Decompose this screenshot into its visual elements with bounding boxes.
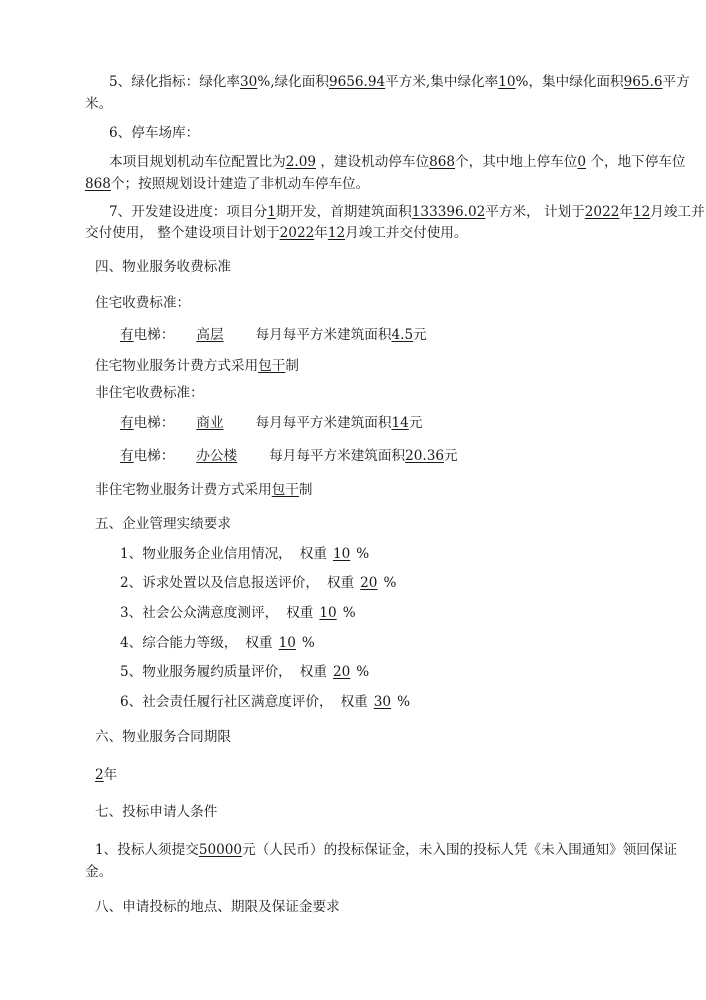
- overall-completion-month: 12: [328, 225, 345, 241]
- section-5-title: 五、企业管理实绩要求: [95, 515, 231, 533]
- parking-underground: 868: [85, 176, 111, 192]
- progress-line-2: 交付使用， 整个建设项目计划于2022年12月竣工并交付使用。: [85, 224, 468, 242]
- parking-total: 868: [429, 154, 455, 170]
- criterion-text: 2、诉求处置以及信息报送评价，: [120, 575, 319, 591]
- list-item: 6、社会责任履行社区满意度评价，权重30%: [120, 693, 410, 711]
- criterion-text: 6、社会责任履行社区满意度评价，: [120, 694, 333, 710]
- text: 权重: [245, 635, 272, 651]
- residential-label: 住宅收费标准：: [95, 294, 190, 312]
- text: %: [343, 605, 356, 621]
- first-phase-area: 133396.02: [412, 204, 486, 220]
- completion-year: 2022: [585, 204, 620, 220]
- text: %: [356, 546, 369, 562]
- text: 个，其中地上停车位: [455, 154, 577, 170]
- text: %: [383, 575, 396, 591]
- list-item: 2、诉求处置以及信息报送评价，权重20%: [120, 574, 396, 592]
- criterion-text: 3、社会公众满意度测评，: [120, 605, 278, 621]
- text: %: [302, 635, 315, 651]
- text: 制: [285, 358, 299, 374]
- text: 7、开发建设进度：项目分: [109, 204, 267, 220]
- text: 年: [104, 767, 118, 783]
- text: 个，地下停车位: [586, 154, 685, 170]
- deposit-line-1: 1、投标人须提交50000元（人民币）的投标保证金，未入围的投标人凭《未入围通知…: [95, 841, 677, 859]
- greening-line-1: 5、绿化指标：绿化率30%,绿化面积9656.94平方米,集中绿化率10%，集中…: [109, 73, 690, 91]
- greening-rate: 30: [240, 74, 257, 90]
- section-4-title: 四、物业服务收费标准: [95, 258, 231, 276]
- section-8-title: 八、申请投标的地点、期限及保证金要求: [95, 898, 340, 916]
- text: 权重: [300, 546, 327, 562]
- criterion-text: 5、物业服务履约质量评价，: [120, 664, 292, 680]
- overall-completion-year: 2022: [280, 225, 315, 241]
- text: 交付使用， 整个建设项目计划于: [85, 225, 280, 241]
- nonresidential-label: 非住宅收费标准：: [95, 384, 204, 402]
- text: 权重: [300, 664, 327, 680]
- text: 平方: [663, 74, 690, 90]
- text: 权重: [341, 694, 368, 710]
- deposit-amount: 50000: [199, 842, 242, 858]
- central-greening-rate: 10: [498, 74, 515, 90]
- list-item: 3、社会公众满意度测评，权重10%: [120, 604, 356, 622]
- text: %: [397, 694, 410, 710]
- text: 权重: [286, 605, 313, 621]
- text: 每月每平方米建筑面积: [256, 327, 392, 343]
- criterion-weight: 30: [374, 694, 391, 710]
- building-type: 高层: [196, 327, 223, 343]
- greening-line-2: 米。: [85, 95, 112, 113]
- text: 月竣工并交付使用。: [345, 225, 467, 241]
- text: 每月每平方米建筑面积: [256, 415, 392, 431]
- criterion-text: 4、综合能力等级，: [120, 635, 237, 651]
- text: 元: [409, 415, 423, 431]
- text: 年: [619, 204, 633, 220]
- text: 本项目规划机动车位配置比为: [109, 154, 286, 170]
- parking-line-1: 本项目规划机动车位配置比为2.09 ，建设机动停车位868个，其中地上停车位0 …: [109, 153, 686, 171]
- text: 元: [413, 327, 427, 343]
- contract-years: 2: [95, 767, 104, 783]
- greening-area: 9656.94: [329, 74, 385, 90]
- elevator-mark: 有: [120, 327, 134, 343]
- building-type: 商业: [196, 415, 223, 431]
- fee-price: 4.5: [392, 327, 414, 343]
- criterion-weight: 20: [333, 664, 350, 680]
- nonresidential-fee-row: 有电梯：办公楼每月每平方米建筑面积20.36元: [120, 447, 458, 465]
- text: %,绿化面积: [257, 74, 329, 90]
- text: 月竣工并: [650, 204, 704, 220]
- text: %，集中绿化面积: [516, 74, 624, 90]
- text: 每月每平方米建筑面积: [269, 448, 405, 464]
- section-6-title: 六、物业服务合同期限: [95, 728, 231, 746]
- residential-method: 住宅物业服务计费方式采用包干制: [95, 357, 299, 375]
- criterion-text: 1、物业服务企业信用情况，: [120, 546, 292, 562]
- phase-count: 1: [267, 204, 276, 220]
- nonresidential-fee-row: 有电梯：商业每月每平方米建筑面积14元: [120, 414, 422, 432]
- contract-term: 2年: [95, 766, 117, 784]
- text: 电梯：: [134, 448, 175, 464]
- completion-month: 12: [633, 204, 650, 220]
- parking-line-2: 868个；按照规划设计建造了非机动车停车位。: [85, 175, 369, 193]
- parking-ratio: 2.09: [286, 154, 316, 170]
- elevator-mark: 有: [120, 415, 134, 431]
- text: 平方米,集中绿化率: [385, 74, 498, 90]
- text: 元（人民币）的投标保证金，未入围的投标人凭《未入围通知》领回保证: [242, 842, 677, 858]
- central-greening-area: 965.6: [624, 74, 663, 90]
- billing-method: 包干: [272, 482, 299, 498]
- text: 非住宅物业服务计费方式采用: [95, 482, 272, 498]
- text: 期开发，首期建筑面积: [276, 204, 412, 220]
- parking-heading: 6、停车场库：: [109, 124, 199, 142]
- criterion-weight: 10: [319, 605, 336, 621]
- deposit-line-2: 金。: [85, 863, 112, 881]
- parking-above-ground: 0: [577, 154, 586, 170]
- text: 元: [444, 448, 458, 464]
- list-item: 4、综合能力等级，权重10%: [120, 634, 315, 652]
- text: 制: [299, 482, 313, 498]
- text: 电梯：: [134, 327, 175, 343]
- text: 电梯：: [134, 415, 175, 431]
- building-type: 办公楼: [196, 448, 237, 464]
- criterion-weight: 10: [279, 635, 296, 651]
- text: 住宅物业服务计费方式采用: [95, 358, 258, 374]
- text: 1、投标人须提交: [95, 842, 199, 858]
- text: 个；按照规划设计建造了非机动车停车位。: [111, 176, 369, 192]
- residential-fee-row: 有电梯：高层每月每平方米建筑面积4.5元: [120, 326, 427, 344]
- progress-line-1: 7、开发建设进度：项目分1期开发，首期建筑面积133396.02平方米， 计划于…: [109, 203, 705, 221]
- fee-price: 14: [392, 415, 409, 431]
- text: ，建设机动停车位: [316, 154, 429, 170]
- greening-label: 5、绿化指标：绿化率: [109, 74, 240, 90]
- list-item: 1、物业服务企业信用情况，权重10%: [120, 545, 369, 563]
- text: 年: [314, 225, 328, 241]
- text: 平方米， 计划于: [485, 204, 584, 220]
- list-item: 5、物业服务履约质量评价，权重20%: [120, 663, 369, 681]
- text: 权重: [327, 575, 354, 591]
- nonresidential-method: 非住宅物业服务计费方式采用包干制: [95, 481, 313, 499]
- billing-method: 包干: [258, 358, 285, 374]
- criterion-weight: 10: [333, 546, 350, 562]
- elevator-mark: 有: [120, 448, 134, 464]
- section-7-title: 七、投标申请人条件: [95, 803, 217, 821]
- fee-price: 20.36: [405, 448, 444, 464]
- text: %: [356, 664, 369, 680]
- criterion-weight: 20: [360, 575, 377, 591]
